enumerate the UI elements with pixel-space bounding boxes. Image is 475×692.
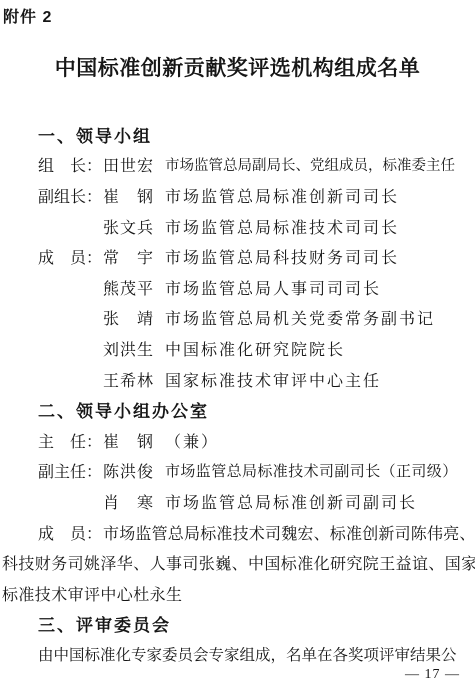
person-title: 市场监管总局机关党委常务副书记 [165,306,475,329]
person-title: 市场监管总局副局长、党组成员，标准委主任 [165,154,475,175]
person-title: 市场监管总局标准技术司副司长（正司级） [165,460,475,481]
role-label: 副组长： [38,184,103,207]
person-name: 田世宏 [103,153,165,176]
line-text: 二、领导小组办公室 [38,397,209,422]
person-name: 刘洪生 [103,337,165,360]
document-page: 附件 2 中国标准创新贡献奖评选机构组成名单 一、领导小组组 长：田世宏市场监管… [0,0,475,692]
line-member: 肖 寒市场监管总局标准创新司副司长 [0,486,475,517]
person-name: 熊茂平 [103,276,165,299]
line-text: 三、评审委员会 [38,611,171,636]
line-member: 成 员：常 宇市场监管总局科技财务司司长 [0,241,475,272]
person-title: （兼） [165,429,475,452]
person-title: 市场监管总局标准创新司副司长 [165,490,475,513]
person-title: 国家标准技术审评中心主任 [165,368,475,391]
role-label: 成 员： [38,245,103,268]
line-text: 一、领导小组 [38,122,152,147]
attachment-label: 附件 2 [3,4,52,27]
person-name: 张文兵 [103,215,165,238]
line-indent: 由中国标准化专家委员会专家组成，名单在各奖项评审结果公 [0,639,475,670]
line-text: 标准技术审评中心杜永生 [2,582,182,605]
person-name: 崔 钢 [103,429,165,452]
line-flush: 标准技术审评中心杜永生 [0,578,475,609]
page-title: 中国标准创新贡献奖评选机构组成名单 [0,52,475,82]
role-label: 组 长： [38,153,103,176]
role-label: 主 任： [38,429,103,452]
line-heading: 二、领导小组办公室 [0,394,475,425]
line-text: 科技财务司姚泽华、人事司张巍、中国标准化研究院王益谊、国家 [2,551,475,574]
person-name: 崔 钢 [103,184,165,207]
line-member: 副主任：陈洪俊市场监管总局标准技术司副司长（正司级） [0,456,475,487]
person-name: 陈洪俊 [103,459,165,482]
line-member: 主 任：崔 钢（兼） [0,425,475,456]
person-title: 中国标准化研究院院长 [165,337,475,360]
person-name: 王希林 [103,368,165,391]
line-heading: 三、评审委员会 [0,609,475,640]
line-member: 张 靖市场监管总局机关党委常务副书记 [0,303,475,334]
line-heading: 一、领导小组 [0,119,475,150]
line-flush: 科技财务司姚泽华、人事司张巍、中国标准化研究院王益谊、国家 [0,547,475,578]
line-member: 张文兵市场监管总局标准技术司司长 [0,211,475,242]
page-number: — 17 — [405,667,460,683]
person-name: 常 宇 [103,245,165,268]
line-member: 组 长：田世宏市场监管总局副局长、党组成员，标准委主任 [0,150,475,181]
document-lines: 一、领导小组组 长：田世宏市场监管总局副局长、党组成员，标准委主任副组长：崔 钢… [0,119,475,670]
line-labeldesc: 成 员：市场监管总局标准技术司魏宏、标准创新司陈伟亮、 [0,517,475,548]
person-name: 肖 寒 [103,490,165,513]
person-title: 市场监管总局标准创新司司长 [165,184,475,207]
line-member: 副组长：崔 钢市场监管总局标准创新司司长 [0,180,475,211]
person-title: 市场监管总局标准技术司司长 [165,215,475,238]
line-member: 王希林国家标准技术审评中心主任 [0,364,475,395]
role-label: 成 员： [38,521,103,544]
person-title: 市场监管总局人事司司司长 [165,276,475,299]
person-title: 市场监管总局标准技术司魏宏、标准创新司陈伟亮、 [103,521,475,544]
line-member: 熊茂平市场监管总局人事司司司长 [0,272,475,303]
line-text: 由中国标准化专家委员会专家组成，名单在各奖项评审结果公 [38,643,457,665]
person-name: 张 靖 [103,306,165,329]
role-label: 副主任： [38,459,103,482]
line-member: 刘洪生中国标准化研究院院长 [0,333,475,364]
person-title: 市场监管总局科技财务司司长 [165,245,475,268]
